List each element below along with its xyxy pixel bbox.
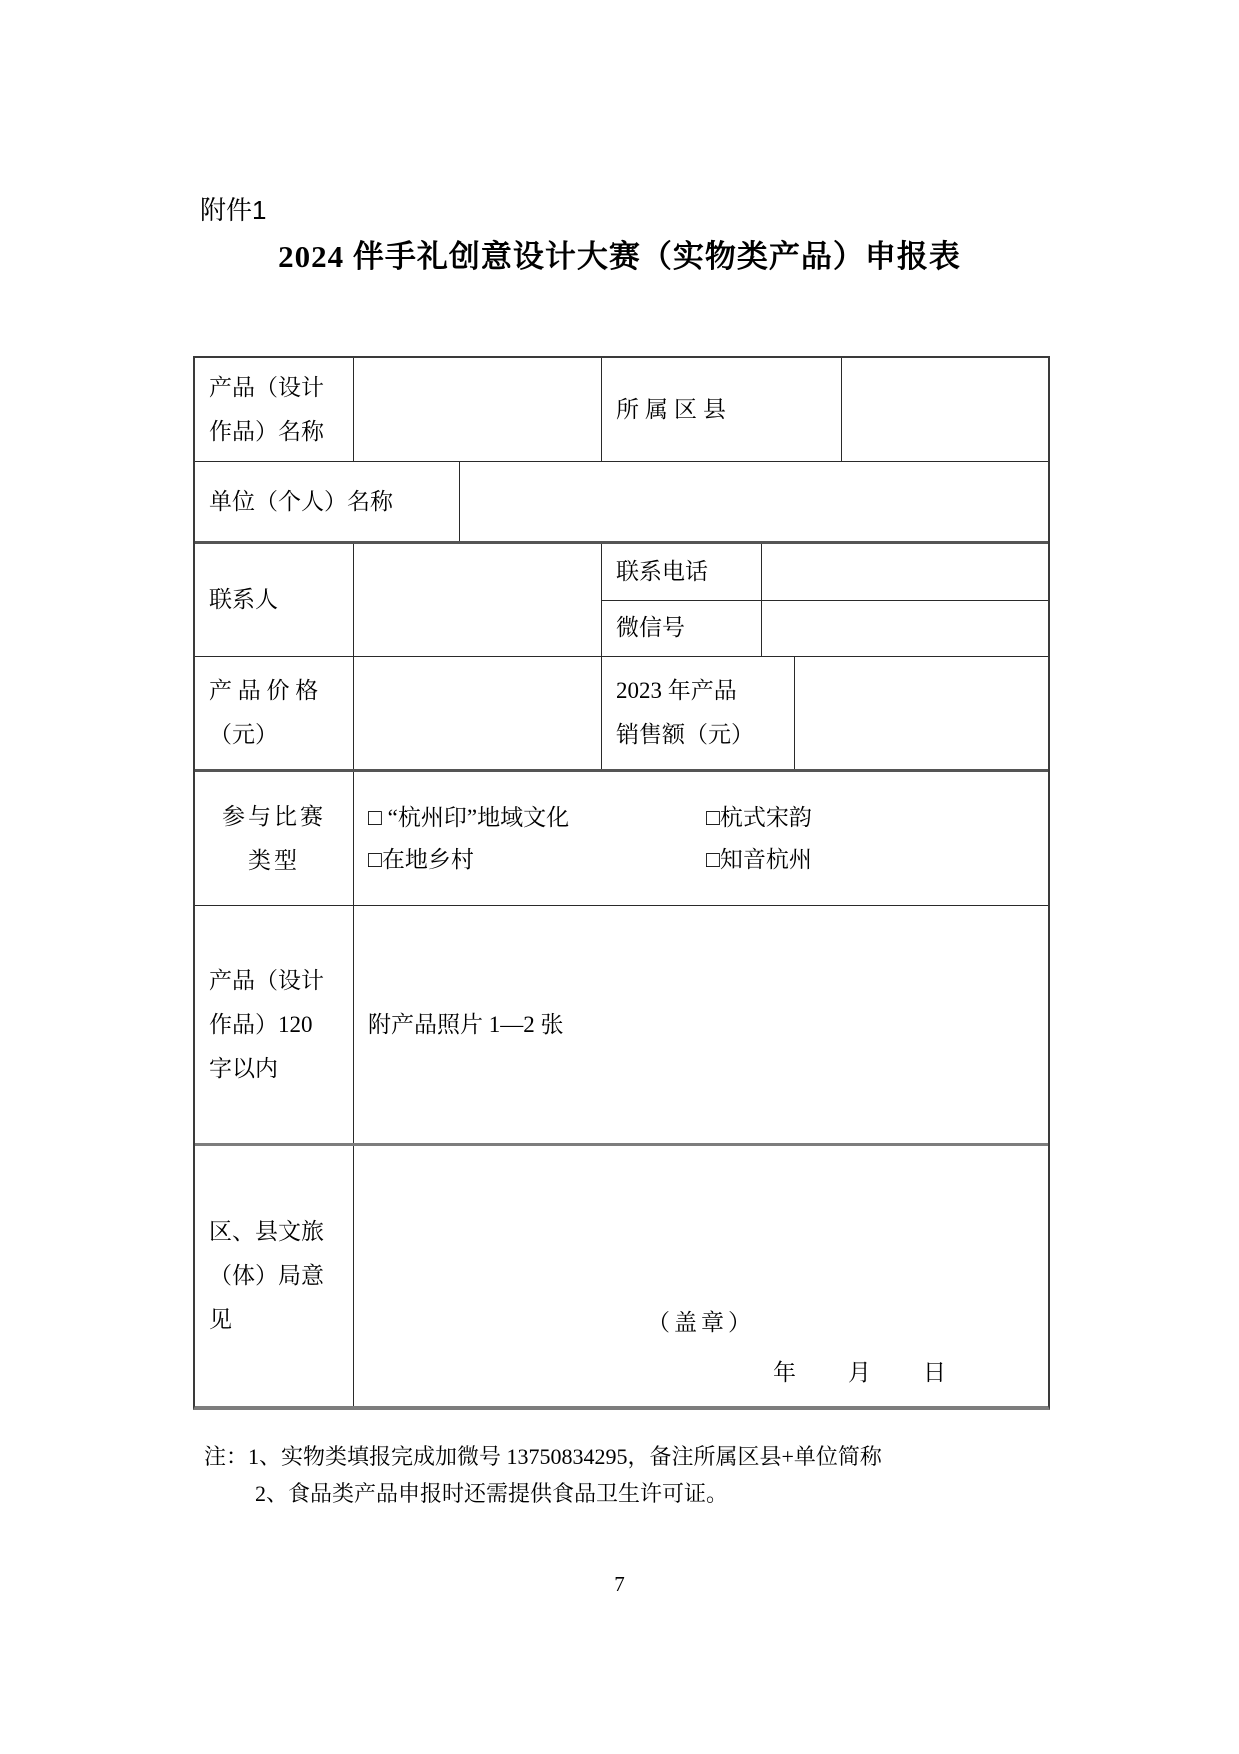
wechat-label: 微信号: [602, 601, 762, 657]
phone-subrow: 联系电话: [602, 544, 1048, 601]
checkbox-icon[interactable]: □: [706, 847, 720, 872]
unit-name-field[interactable]: [460, 462, 1048, 541]
opinion-label: 区、县文旅 （体）局意 见: [195, 1146, 354, 1406]
document-page: 附件1 2024 伴手礼创意设计大赛（实物类产品）申报表 产品（设计 作品）名称…: [0, 0, 1239, 1754]
category-options: □ “杭州印”地域文化 □杭式宋韵 □在地乡村 □知音杭州: [354, 772, 1048, 905]
price-field[interactable]: [354, 657, 602, 769]
application-form-table: 产品（设计 作品）名称 所属区县 单位（个人）名称 联系人 联系电话 微信号: [193, 356, 1050, 1410]
wechat-subrow: 微信号: [602, 601, 1048, 657]
footnote-2: 2、食品类产品申报时还需提供食品卫生许可证。: [204, 1475, 1054, 1512]
price-label: 产 品 价 格 （元）: [195, 657, 354, 769]
checkbox-icon[interactable]: □: [706, 805, 720, 830]
district-field[interactable]: [842, 358, 1048, 461]
description-field[interactable]: 附产品照片 1—2 张: [354, 906, 1048, 1143]
row-description: 产品（设计 作品）120 字以内 附产品照片 1—2 张: [195, 906, 1048, 1146]
wechat-field[interactable]: [762, 601, 1048, 657]
checkbox-option-local-village[interactable]: □在地乡村: [368, 839, 706, 881]
phone-field[interactable]: [762, 544, 1048, 600]
row-opinion: 区、县文旅 （体）局意 见 （盖章） 年 月 日: [195, 1146, 1048, 1406]
row-product-name: 产品（设计 作品）名称 所属区县: [195, 358, 1048, 462]
row-category: 参与比赛 类型 □ “杭州印”地域文化 □杭式宋韵 □在地乡村 □知音杭州: [195, 772, 1048, 906]
checkbox-option-hangshi-songyun[interactable]: □杭式宋韵: [706, 797, 812, 839]
contact-right-block: 联系电话 微信号: [602, 544, 1048, 656]
contact-label: 联系人: [195, 544, 354, 656]
phone-label: 联系电话: [602, 544, 762, 600]
seal-placeholder: （盖章）: [354, 1301, 1048, 1345]
description-label: 产品（设计 作品）120 字以内: [195, 906, 354, 1143]
checkbox-option-hangzhou-print[interactable]: □ “杭州印”地域文化: [368, 797, 706, 839]
page-number: 7: [0, 1572, 1239, 1597]
description-hint: 附产品照片 1—2 张: [368, 1003, 1048, 1047]
checkbox-icon[interactable]: □: [368, 805, 382, 830]
category-label: 参与比赛 类型: [195, 772, 354, 905]
attachment-label: 附件1: [200, 190, 266, 227]
checkbox-icon[interactable]: □: [368, 847, 382, 872]
row-unit-name: 单位（个人）名称: [195, 462, 1048, 544]
district-label: 所属区县: [602, 358, 842, 461]
sales-label: 2023 年产品 销售额（元）: [602, 657, 795, 769]
unit-name-label: 单位（个人）名称: [195, 462, 460, 541]
product-name-field[interactable]: [354, 358, 602, 461]
page-title: 2024 伴手礼创意设计大赛（实物类产品）申报表: [0, 231, 1239, 276]
footnotes: 注： 1、实物类填报完成加微号 13750834295，备注所属区县+单位简称 …: [204, 1438, 1054, 1512]
footnote-1: 注： 1、实物类填报完成加微号 13750834295，备注所属区县+单位简称: [204, 1438, 1054, 1475]
date-placeholder: 年 月 日: [773, 1351, 948, 1395]
row-price: 产 品 价 格 （元） 2023 年产品 销售额（元）: [195, 657, 1048, 772]
footnote-prefix: 注：: [204, 1438, 248, 1475]
opinion-field[interactable]: （盖章） 年 月 日: [354, 1146, 1048, 1406]
sales-field[interactable]: [795, 657, 1048, 769]
product-name-label: 产品（设计 作品）名称: [195, 358, 354, 461]
checkbox-option-zhiyin-hangzhou[interactable]: □知音杭州: [706, 839, 812, 881]
row-contact: 联系人 联系电话 微信号: [195, 544, 1048, 657]
contact-field[interactable]: [354, 544, 602, 656]
